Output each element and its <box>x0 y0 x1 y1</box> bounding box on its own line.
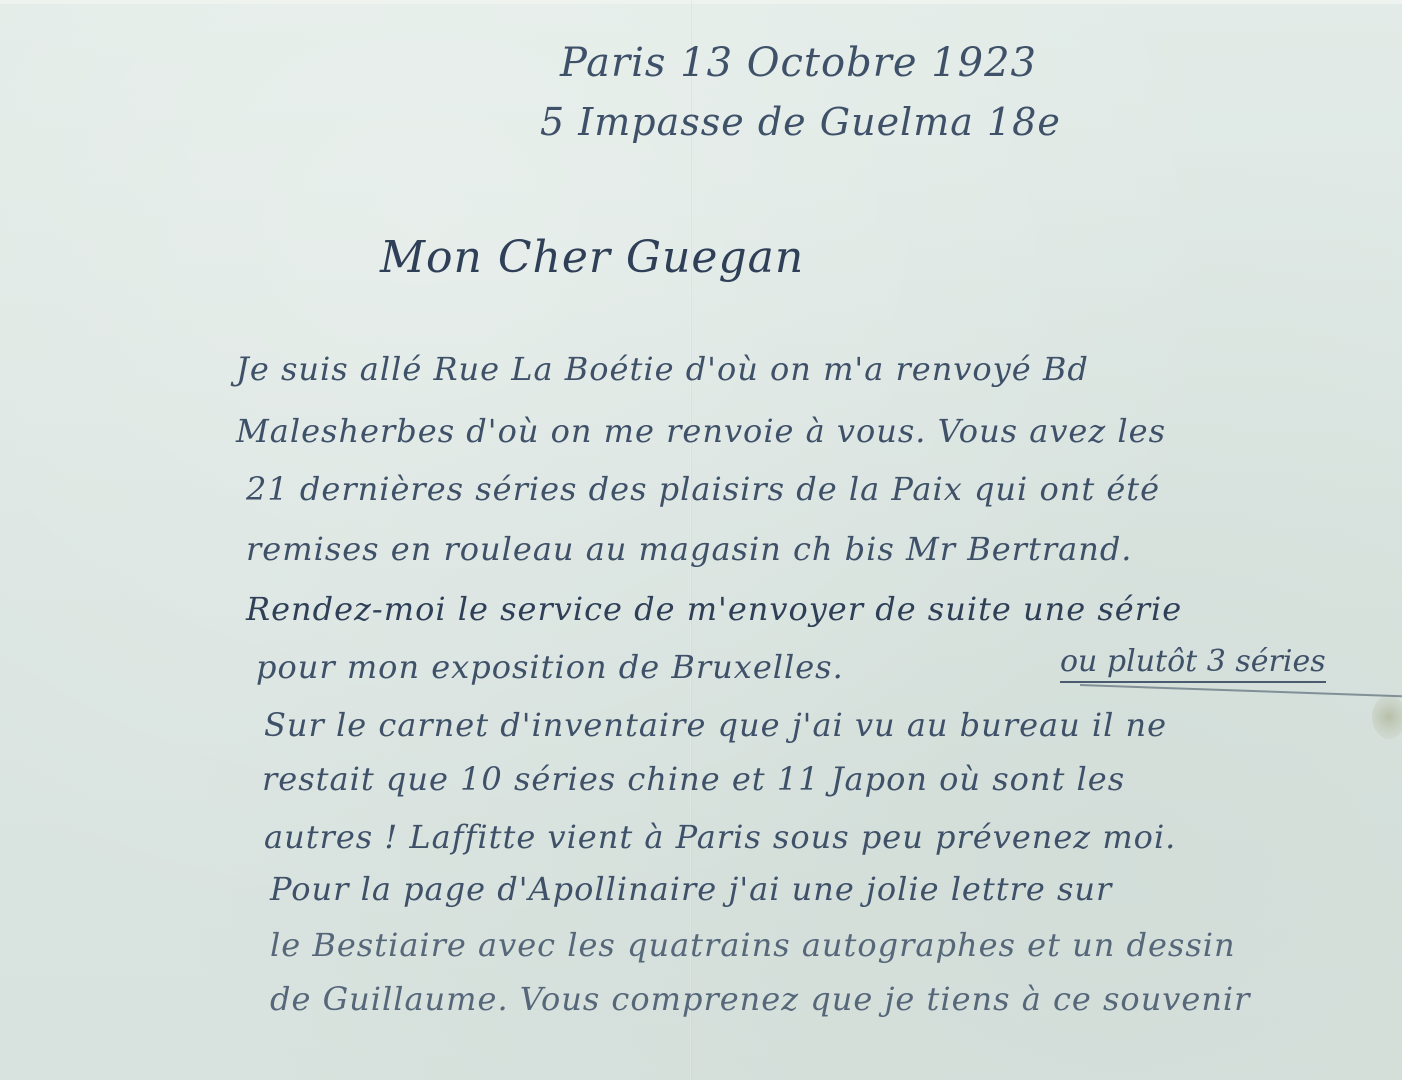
body-line-4: remises en rouleau au magasin ch bis Mr … <box>246 530 1132 568</box>
body-line-10: Pour la page d'Apollinaire j'ai une joli… <box>270 870 1112 908</box>
paper-top-edge <box>0 0 1402 4</box>
body-line-8: restait que 10 séries chine et 11 Japon … <box>262 760 1125 798</box>
letter-paper: Paris 13 Octobre 1923 5 Impasse de Guelm… <box>0 0 1402 1080</box>
body-line-2: Malesherbes d'où on me renvoie à vous. V… <box>236 412 1166 450</box>
letter-address: 5 Impasse de Guelma 18e <box>540 100 1061 144</box>
body-line-6: pour mon exposition de Bruxelles. <box>256 648 844 686</box>
body-line-7: Sur le carnet d'inventaire que j'ai vu a… <box>264 706 1167 744</box>
body-line-9: autres ! Laffitte vient à Paris sous peu… <box>264 818 1176 856</box>
body-line-12: de Guillaume. Vous comprenez que je tien… <box>270 980 1250 1018</box>
paper-stain <box>1372 695 1402 739</box>
body-line-11: le Bestiaire avec les quatrains autograp… <box>270 926 1236 964</box>
insertion-pointer-line <box>1080 684 1402 697</box>
margin-insertion: ou plutôt 3 séries <box>1060 644 1326 683</box>
letter-salutation: Mon Cher Guegan <box>380 232 804 283</box>
body-line-5: Rendez-moi le service de m'envoyer de su… <box>246 590 1182 628</box>
body-line-3: 21 dernières séries des plaisirs de la P… <box>246 470 1160 508</box>
body-line-1: Je suis allé Rue La Boétie d'où on m'a r… <box>236 350 1089 388</box>
letter-date: Paris 13 Octobre 1923 <box>560 40 1037 86</box>
